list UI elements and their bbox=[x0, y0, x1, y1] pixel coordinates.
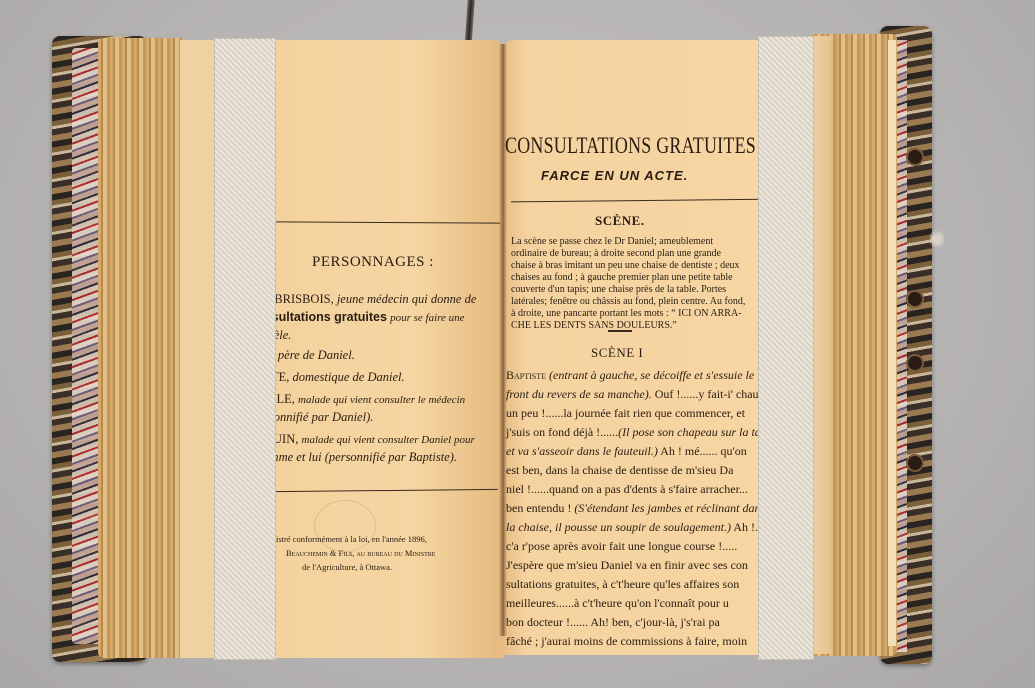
character-line: emme et lui (personnifié par Baptiste). bbox=[264, 450, 457, 465]
book-gutter bbox=[499, 44, 507, 636]
dialogue-line: ben entendu ! (S'étendant les jambes et … bbox=[506, 501, 761, 516]
scene-description-line: ordinaire de bureau; à droite second pla… bbox=[511, 248, 721, 259]
character-line: STE, domestique de Daniel. bbox=[264, 370, 405, 385]
flyleaf-left bbox=[180, 40, 216, 658]
binding-hole-icon bbox=[908, 150, 922, 164]
binding-hole-icon bbox=[908, 356, 922, 370]
dialogue-line: meilleures......à c't'heure qu'on l'conn… bbox=[506, 596, 729, 611]
faded-stamp bbox=[314, 500, 376, 552]
character-line: rsonnifié par Daniel). bbox=[264, 410, 373, 425]
divider-top bbox=[276, 221, 500, 223]
scene-description-line: couverte d'un tapis; une chaise près de … bbox=[511, 284, 726, 295]
character-line: GUIN, malade qui vient consulter Daniel … bbox=[264, 432, 475, 447]
cloth-tape-right bbox=[758, 36, 814, 660]
characters-heading: PERSONNAGES : bbox=[312, 254, 434, 271]
page-block-left bbox=[98, 38, 183, 658]
dialogue-line: sultations gratuites, à c't'heure qu'les… bbox=[506, 577, 739, 592]
dialogue-line: front du revers de sa manche). Ouf !....… bbox=[506, 387, 765, 402]
dialogue-line: niel !......quand on a pas d'dents à s'f… bbox=[506, 482, 748, 497]
character-line: nsultations gratuites pour se faire une bbox=[264, 310, 465, 325]
binding-hole-icon bbox=[908, 292, 922, 306]
endpaper-right bbox=[888, 40, 896, 646]
dialogue-line: et va s'asseoir dans le fauteuil.) Ah ! … bbox=[506, 444, 747, 459]
scene-description-line: chaises au fond ; à gauche premier plan … bbox=[511, 272, 733, 283]
dialogue-line: fâché ; j'aurai moins de commissions à f… bbox=[506, 634, 747, 649]
dialogue-line: la chaise, il pousse un soupir de soulag… bbox=[506, 520, 770, 535]
play-subtitle: FARCE EN UN ACTE. bbox=[541, 168, 688, 183]
scene-description-line: chaise à bras imitant un peu une chaise … bbox=[511, 260, 740, 271]
dialogue-line: est ben, dans la chaise de dentisse de m… bbox=[506, 463, 733, 478]
copyright-line: Beauchemin & Fils, au bureau du Ministre bbox=[286, 548, 435, 558]
play-title: CONSULTATIONS GRATUITES bbox=[505, 133, 756, 159]
copyright-line: istré conformément à la loi, en l'année … bbox=[276, 534, 427, 544]
character-line: L, père de Daniel. bbox=[264, 348, 355, 363]
loose-thread bbox=[930, 228, 944, 250]
dialogue-line: un peu !......la journée fait rien que c… bbox=[506, 406, 745, 421]
divider-bottom bbox=[276, 489, 498, 492]
binding-hole-icon bbox=[908, 456, 922, 470]
cloth-tape-left bbox=[214, 38, 276, 660]
scene-description-line: à droite, une pancarte portant les mots … bbox=[511, 308, 742, 319]
dialogue-line: c'a r'pose après avoir fait une longue c… bbox=[506, 539, 737, 554]
section-dash bbox=[608, 330, 632, 332]
character-line: L BRISBOIS, jeune médecin qui donne de bbox=[264, 292, 476, 307]
scene-description-line: latérales; fenêtre ou châssis au fond, p… bbox=[511, 296, 745, 307]
scene-1-heading: SCÈNE I bbox=[591, 345, 643, 361]
dialogue-line: J'espère que m'sieu Daniel va en finir a… bbox=[506, 558, 748, 573]
dialogue-line: j'suis on fond déjà !......(Il pose son … bbox=[506, 425, 775, 440]
scene-description-line: CHE LES DENTS SANS DOULEURS.” bbox=[511, 320, 677, 331]
dialogue-line: bon docteur !...... Ah! ben, c'jour-là, … bbox=[506, 615, 720, 630]
scene-description-line: La scène se passe chez le Dr Daniel; ame… bbox=[511, 236, 713, 247]
dialogue-line: Baptiste (entrant à gauche, se décoiffe … bbox=[506, 368, 754, 383]
character-line: BILE, malade qui vient consulter le méde… bbox=[264, 392, 465, 407]
copyright-line: de l'Agriculture, à Ottawa. bbox=[302, 562, 392, 572]
title-divider bbox=[511, 199, 777, 203]
scene-heading: SCÈNE. bbox=[595, 213, 645, 229]
